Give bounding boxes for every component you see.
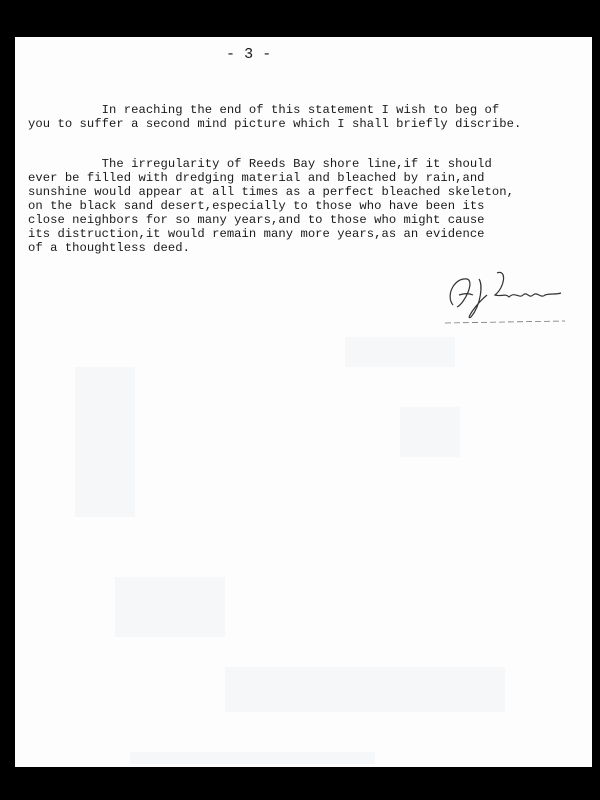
- text-line: The irregularity of Reeds Bay shore line…: [28, 157, 492, 171]
- text-line: of a thoughtless deed.: [28, 241, 190, 255]
- document-page: - 3 - In reaching the end of this statem…: [15, 37, 592, 767]
- bleed-through-artifact: [225, 667, 505, 712]
- text-line: ever be filled with dredging material an…: [28, 171, 485, 185]
- bleed-through-artifact: [345, 337, 455, 367]
- text-line: you to suffer a second mind picture whic…: [28, 117, 521, 131]
- text-line: In reaching the end of this statement I …: [28, 103, 499, 117]
- bleed-through-artifact: [400, 407, 460, 457]
- bleed-through-artifact: [130, 752, 375, 764]
- bleed-through-artifact: [115, 577, 225, 637]
- signature-icon: [435, 265, 585, 325]
- text-line: on the black sand desert,especially to t…: [28, 199, 485, 213]
- text-line: sunshine would appear at all times as a …: [28, 185, 514, 199]
- text-line: close neighbors for so many years,and to…: [28, 213, 485, 227]
- bleed-through-artifact: [75, 367, 135, 517]
- text-line: its distruction,it would remain many mor…: [28, 227, 485, 241]
- page-number: - 3 -: [226, 46, 271, 63]
